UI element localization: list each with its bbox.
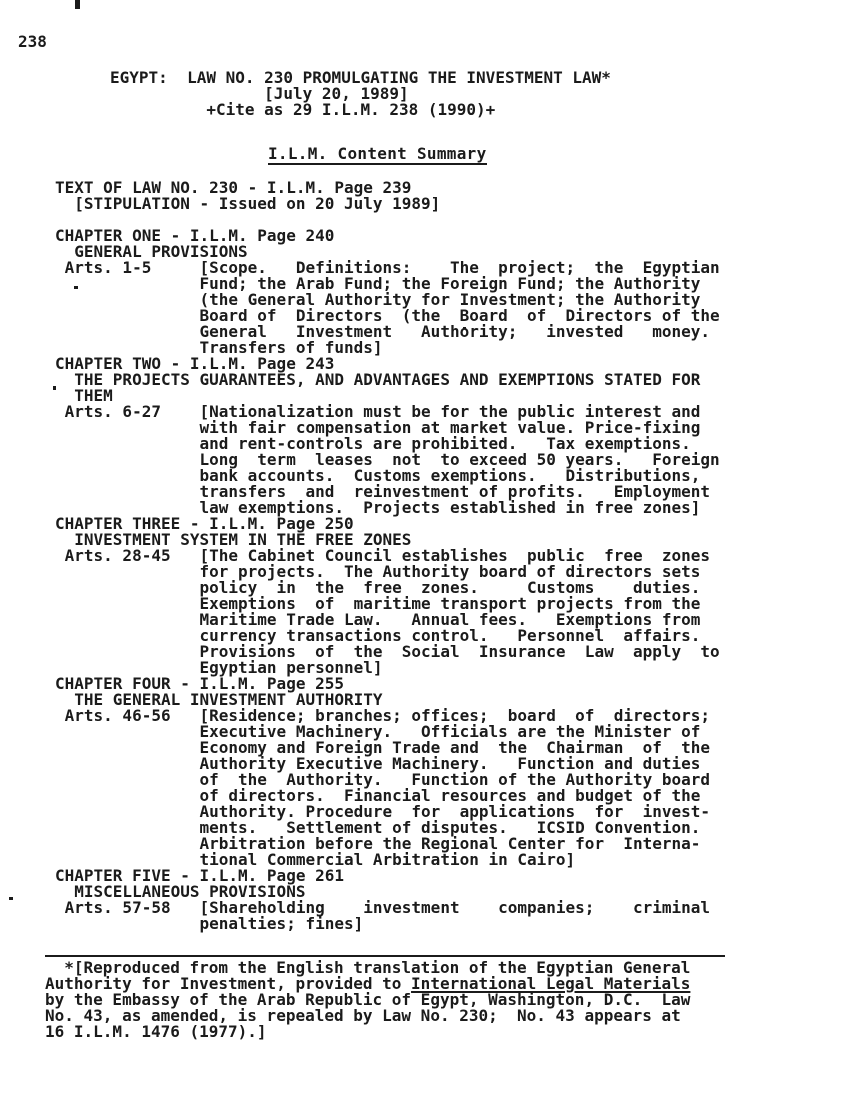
page-number: 238 [18, 34, 47, 50]
scan-artifact [9, 897, 13, 900]
document-title: EGYPT: LAW NO. 230 PROMULGATING THE INVE… [110, 70, 611, 118]
content-summary-heading: I.L.M. Content Summary [268, 146, 487, 165]
footnote-lines: *[Reproduced from the English translatio… [45, 960, 690, 1040]
footnote: *[Reproduced from the English translatio… [45, 960, 690, 1040]
footnote-rule [45, 955, 725, 957]
content-summary-lines: TEXT OF LAW NO. 230 - I.L.M. Page 239 [S… [55, 180, 720, 932]
content-summary: TEXT OF LAW NO. 230 - I.L.M. Page 239 [S… [55, 180, 720, 932]
scan-artifact [75, 0, 80, 9]
document-title-lines: EGYPT: LAW NO. 230 PROMULGATING THE INVE… [110, 70, 611, 118]
document-page: 238 EGYPT: LAW NO. 230 PROMULGATING THE … [0, 0, 853, 1109]
